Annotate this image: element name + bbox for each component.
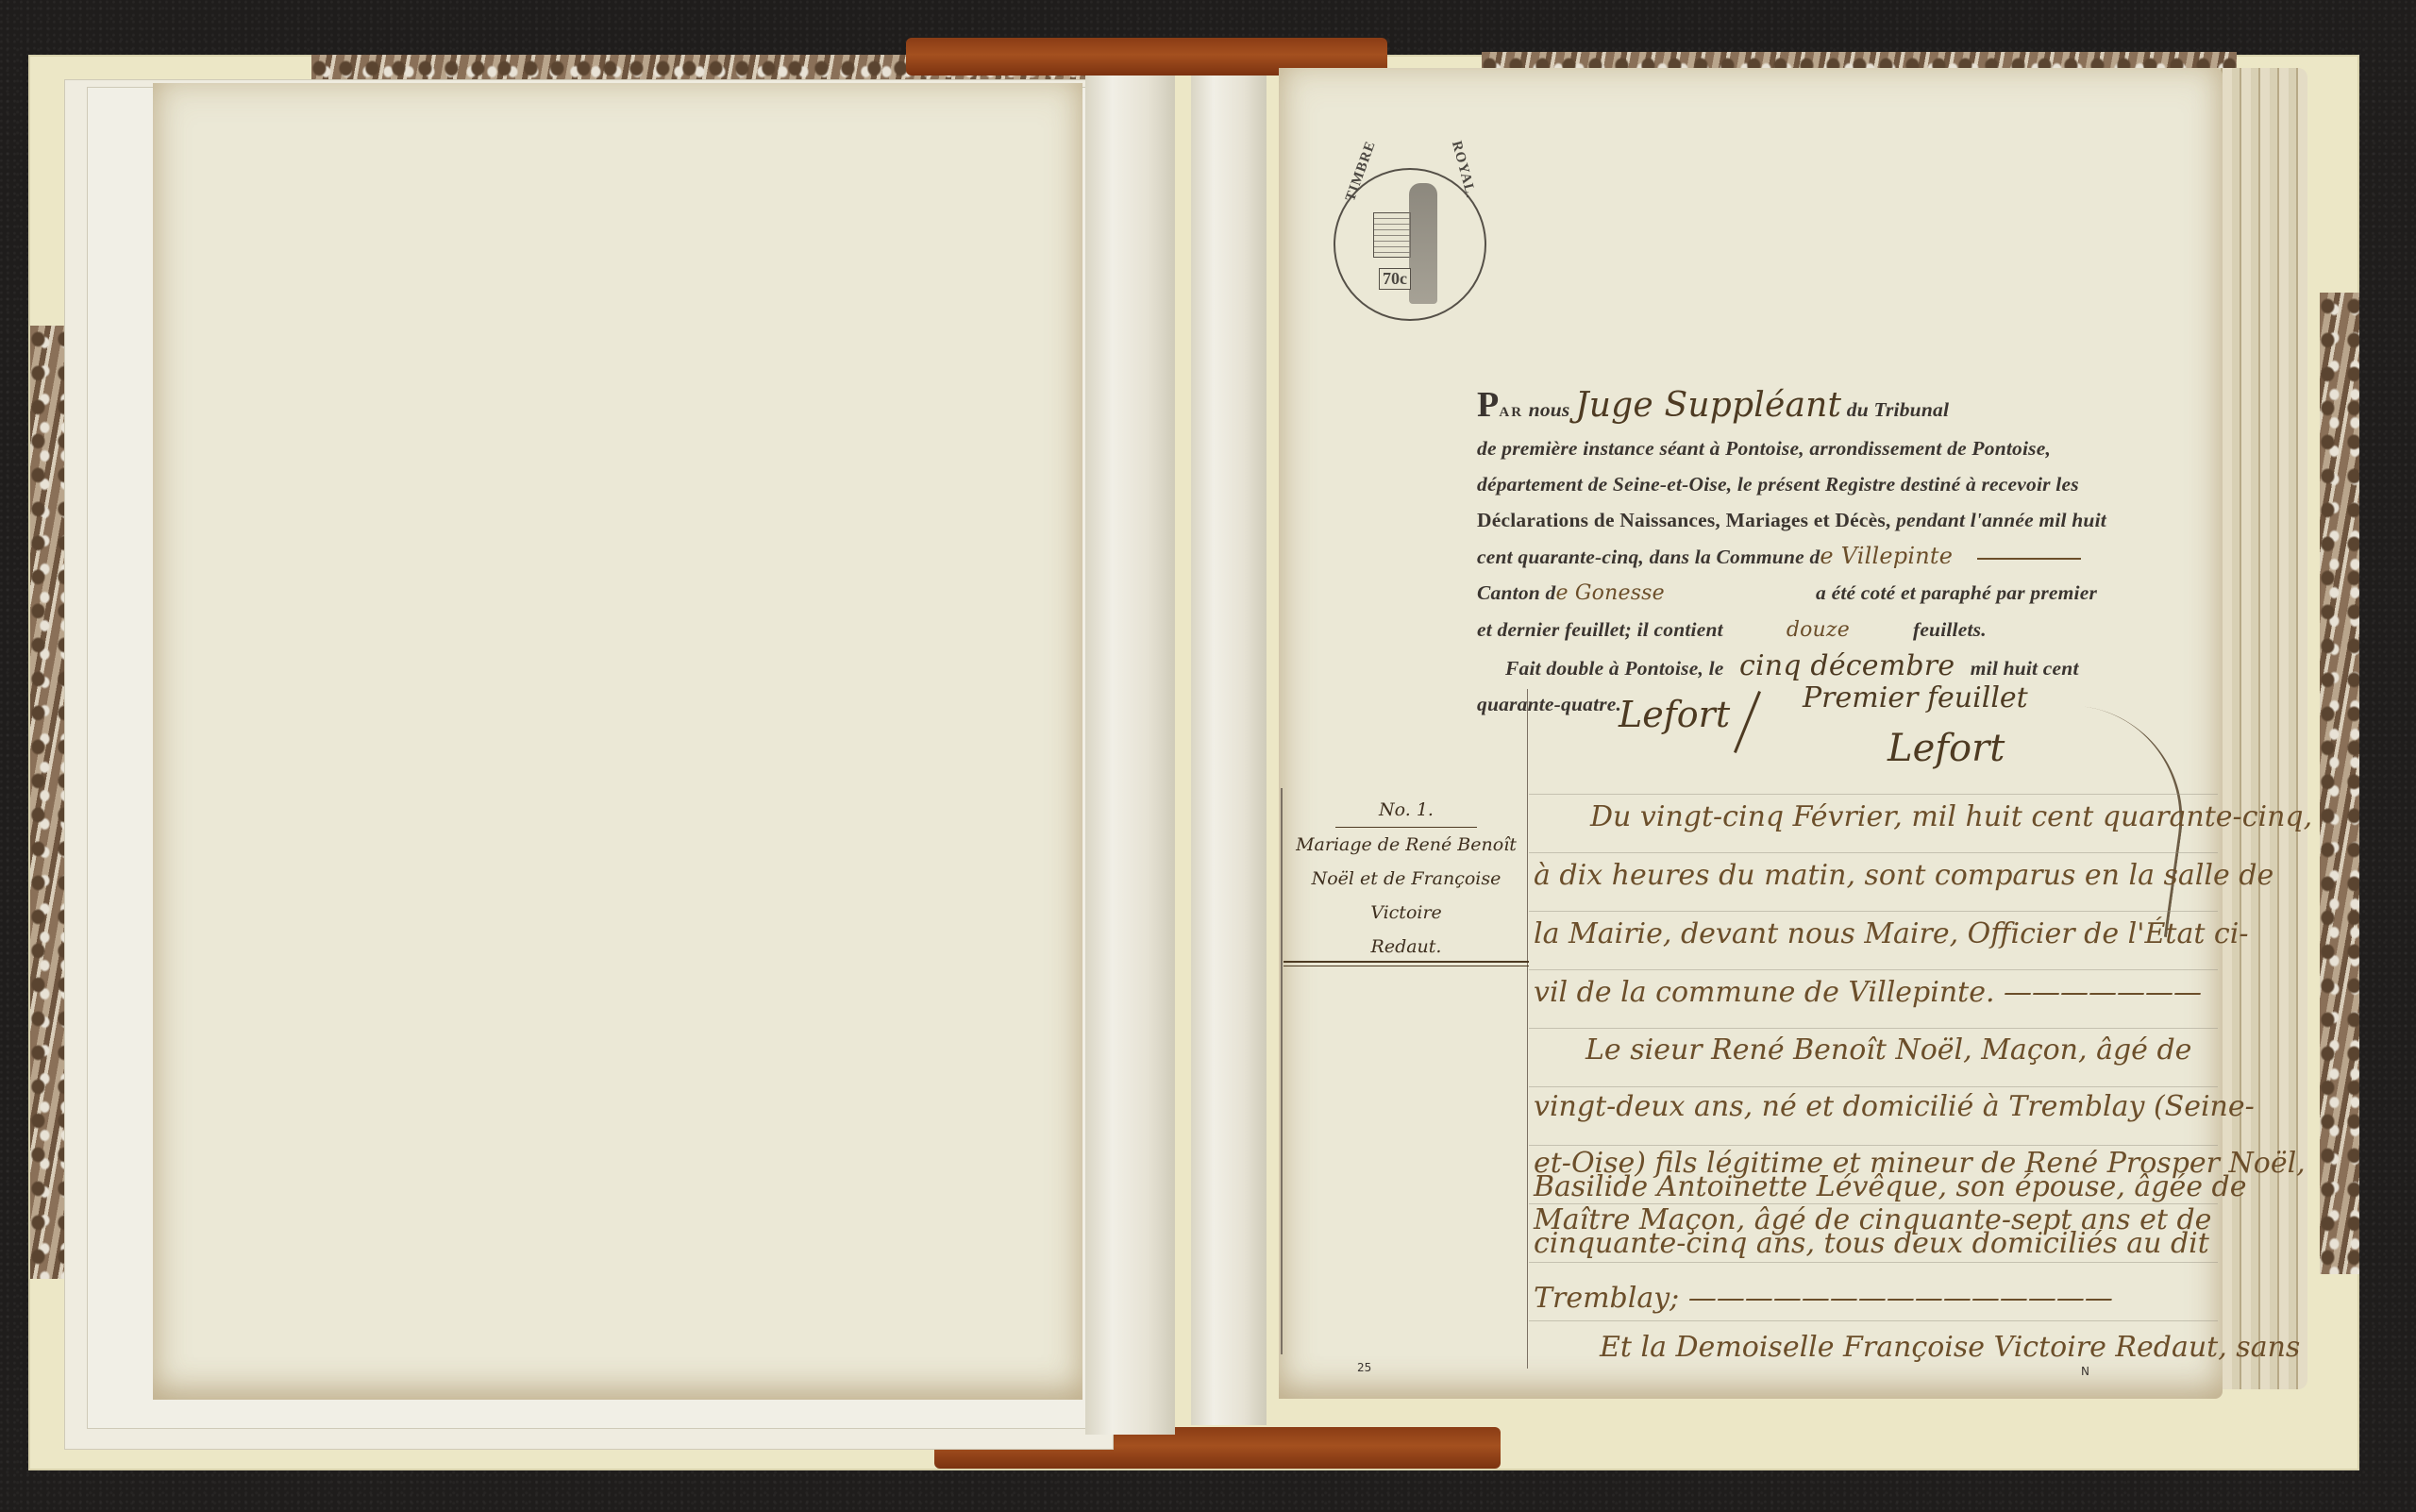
header-line-5: cent quarante-cinq, dans la Commune de V… [1477,538,2213,575]
entry-line: Basilide Antoinette Lévêque, son épouse,… [1534,1170,2213,1203]
handwritten-commune: e Villepinte [1820,543,1953,569]
entry-line: vingt-deux ans, né et domicilié à Trembl… [1534,1090,2213,1123]
header-text: feuillets. [1913,618,1987,641]
entry-number: No. 1. [1335,793,1477,828]
marbled-endpaper-left [30,326,64,1279]
margin-rule-right [1527,689,1528,1369]
header-text: Canton d [1477,581,1555,604]
entry-line: Et la Demoiselle Françoise Victoire Reda… [1534,1331,2279,1364]
fill-line [1977,558,2081,560]
marbled-endpaper-right [2320,293,2359,1274]
header-text: Déclarations de Naissances, Mariages et … [1477,509,1891,531]
stamp-tablet-icon [1373,212,1411,258]
header-line-8: Fait double à Pontoise, le cinq décembre… [1477,648,2213,686]
left-page-blank [153,83,1082,1400]
header-text: du Tribunal [1847,398,1949,421]
entry-line: Le sieur René Benoît Noël, Maçon, âgé de [1534,1033,2265,1067]
entry-line: Tremblay; ——————————————— [1534,1282,2213,1315]
small-caps: AR [1499,405,1523,420]
header-text: nous [1529,398,1570,421]
header-line-7: et dernier feuillet; il contient douze f… [1477,612,2213,648]
handwritten-canton: e Gonesse [1555,576,1810,612]
margin-note: No. 1. Mariage de René Benoît Noël et de… [1279,793,1534,964]
header-line-6: Canton de Gonesse a été coté et paraphé … [1477,575,2213,612]
header-text: mil huit cent [1971,657,2079,680]
margin-note-line-3: Redaut. [1279,930,1534,964]
drop-cap: P [1477,385,1499,425]
header-text: Fait double à Pontoise, le [1505,657,1724,680]
folio-mark-right: N [2081,1365,2089,1378]
handwritten-date: cinq décembre [1729,648,1965,684]
signature-1: Lefort [1619,694,1730,735]
handwritten-title: Juge Suppléant [1575,386,1841,425]
header-text: a été coté et paraphé par premier [1816,581,2097,604]
printed-header: PAR nous Juge Suppléant du Tribunal de p… [1477,387,2213,722]
folio-mark-left: 25 [1357,1361,1371,1374]
entry-line: la Mairie, devant nous Maire, Officier d… [1534,917,2213,950]
royal-stamp: TIMBRE ROYAL. 70c [1334,168,1486,321]
header-line-4: Déclarations de Naissances, Mariages et … [1477,502,2213,538]
header-text: et dernier feuillet; il contient [1477,618,1723,641]
header-text: pendant l'année mil huit [1896,509,2106,531]
gutter-left [1085,76,1175,1435]
entry-line: Du vingt-cinq Février, mil huit cent qua… [1534,800,2270,833]
header-line-2: de première instance séant à Pontoise, a… [1477,430,2213,466]
margin-note-line-1: Mariage de René Benoît [1279,828,1534,862]
entry-line: vil de la commune de Villepinte. ——————— [1534,976,2213,1009]
header-line-3: département de Seine-et-Oise, le présent… [1477,466,2213,502]
handwritten-count: douze [1728,613,1907,648]
gutter-right [1191,76,1267,1425]
margin-note-line-2: Noël et de Françoise Victoire [1279,862,1534,930]
stamp-value: 70c [1379,268,1411,290]
entry-line: cinquante-cinq ans, tous deux domiciliés… [1534,1227,2213,1260]
stamp-figure-icon [1409,183,1437,304]
header-text: cent quarante-cinq, dans la Commune d [1477,546,1820,568]
header-line-1: PAR nous Juge Suppléant du Tribunal [1477,387,2213,430]
entry-line: à dix heures du matin, sont comparus en … [1534,859,2213,892]
